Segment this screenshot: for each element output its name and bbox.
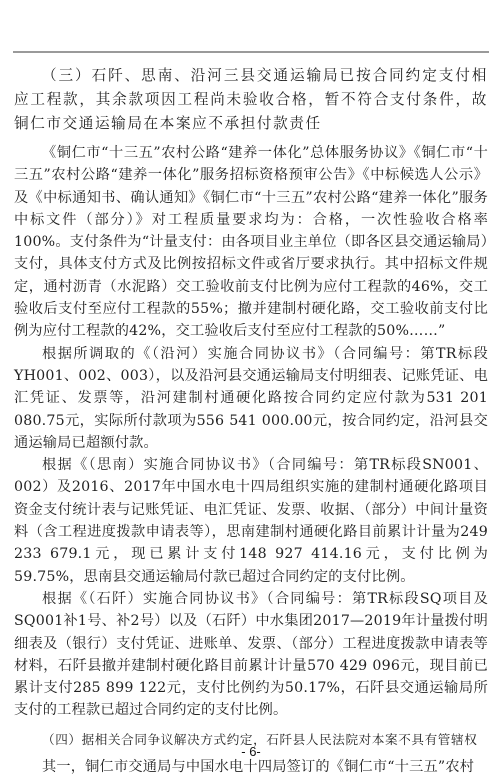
paragraph-shiqian: 根据《（石阡）实施合同协议书》（合同编号：第TR标段SQ项目及SQ001补1号、… <box>14 588 488 722</box>
paragraph-sinan: 根据《（思南）实施合同协议书》（合同编号：第TR标段SN001、002）及201… <box>14 454 488 588</box>
section-3-heading: （三）石阡、思南、沿河三县交通运输局已按合同约定支付相应工程款，其余款项因工程尚… <box>14 64 488 136</box>
paragraph-first-point: 其一，铜仁市交通局与中国水电十四局签订的《铜仁市“十三五”农村 <box>14 756 488 778</box>
document-page: （三）石阡、思南、沿河三县交通运输局已按合同约定支付相应工程款，其余款项因工程尚… <box>14 64 488 778</box>
header-rule <box>13 51 489 53</box>
paragraph-yanhe: 根据所调取的《（沿河）实施合同协议书》（合同编号：第TR标段YH001、002、… <box>14 343 488 454</box>
page-number: - 6- <box>0 744 502 759</box>
paragraph-quality-requirements: 《铜仁市“十三五”农村公路“建养一体化”总体服务协议》《铜仁市“十三五”农村公路… <box>14 142 488 343</box>
